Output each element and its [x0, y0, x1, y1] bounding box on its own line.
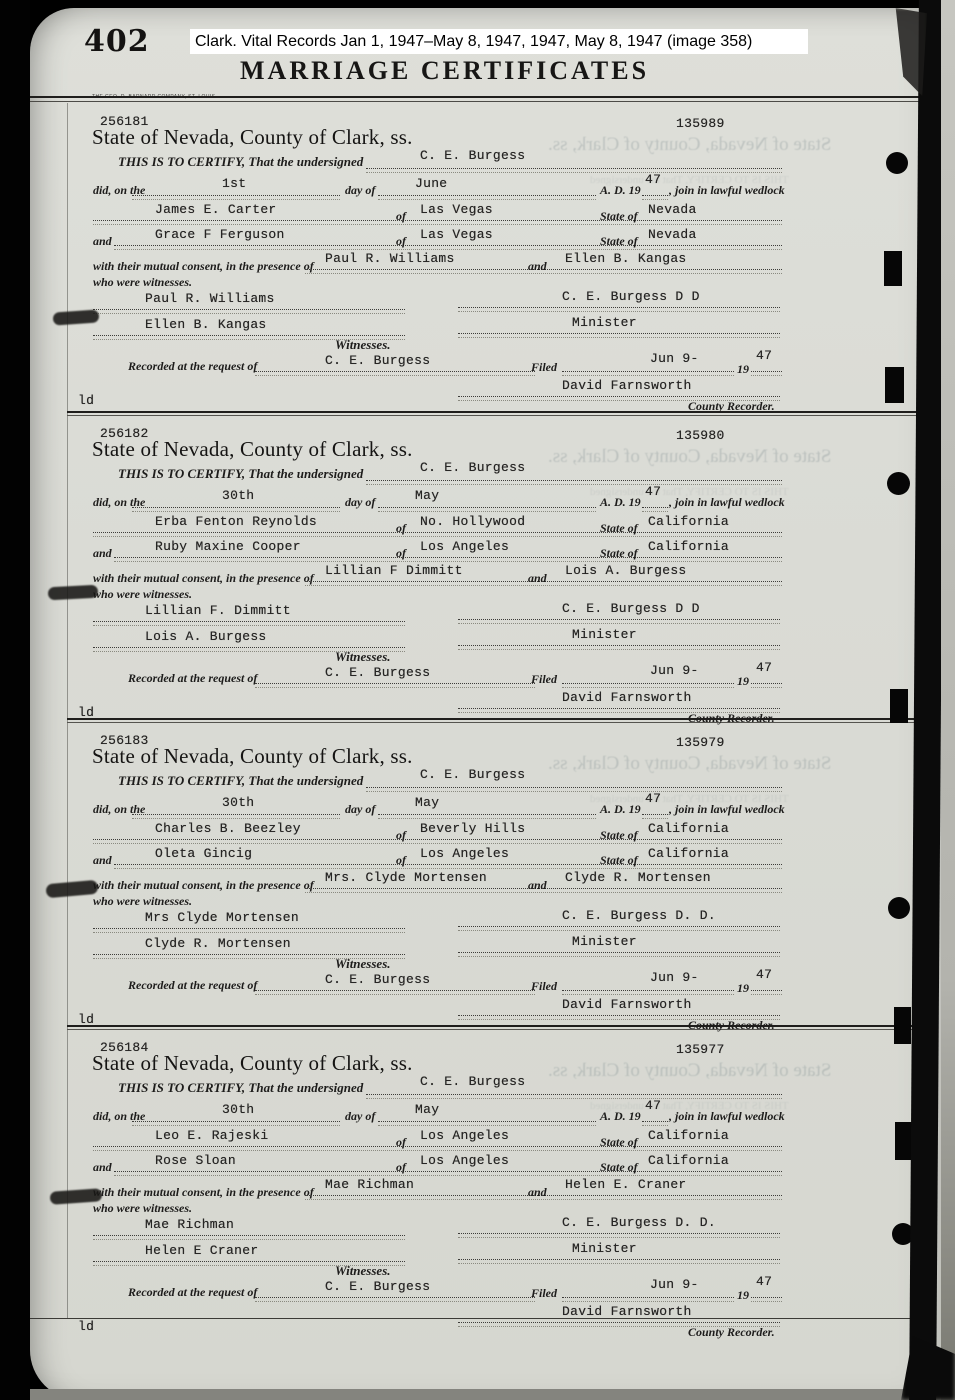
filed-year: 47 — [756, 348, 772, 363]
form-line — [93, 309, 405, 314]
of-label: of — [396, 853, 406, 868]
bride-city: Los Angeles — [420, 846, 509, 861]
groom-city: Beverly Hills — [420, 821, 525, 836]
county-recorder-name: David Farnsworth — [562, 997, 692, 1012]
who-were-witnesses-label: who were witnesses. — [93, 587, 192, 602]
groom-name: Charles B. Beezley — [155, 821, 301, 836]
wedlock-label: , join in lawful wedlock — [669, 1109, 785, 1124]
form-line — [751, 990, 782, 995]
day-of-label: day of — [345, 802, 375, 817]
filed-label: Filed — [531, 979, 557, 994]
form-line — [366, 1094, 782, 1099]
witness2-inline: Clyde R. Mortensen — [565, 870, 711, 885]
form-line — [562, 1297, 734, 1302]
state-of-label: State of — [600, 209, 638, 224]
clerk-initials: ld — [78, 1012, 94, 1027]
form-line — [93, 839, 782, 844]
wedding-day: 1st — [222, 176, 246, 191]
wedding-day: 30th — [222, 488, 254, 503]
form-line — [366, 168, 782, 173]
of-label: of — [396, 1135, 406, 1150]
wedding-month: May — [415, 488, 439, 503]
ghost-bleedthrough-heading: State of Nevada, County of Clark, ss. — [548, 1060, 831, 1082]
form-line — [93, 1146, 782, 1151]
county-recorder-name: David Farnsworth — [562, 690, 692, 705]
state-of-label: State of — [600, 234, 638, 249]
certify-label: THIS IS TO CERTIFY, That the undersigned — [118, 1080, 363, 1096]
witness1-signature: Mrs Clyde Mortensen — [145, 910, 299, 925]
who-were-witnesses-label: who were witnesses. — [93, 1201, 192, 1216]
and-label: and — [528, 878, 547, 893]
ad19-label: A. D. 19 — [600, 183, 641, 198]
punch-hole-round — [888, 897, 910, 919]
witness1-signature: Paul R. Williams — [145, 291, 275, 306]
witnesses-label: Witnesses. — [335, 956, 391, 972]
witness1-inline: Paul R. Williams — [325, 251, 455, 266]
and-label: and — [528, 571, 547, 586]
and-label: and — [93, 234, 112, 249]
groom-city: Las Vegas — [420, 202, 493, 217]
form-line — [93, 220, 782, 225]
recorded-label: Recorded at the request of — [128, 359, 257, 374]
and-label: and — [93, 546, 112, 561]
punch-hole-rect — [895, 1122, 912, 1160]
bride-city: Las Vegas — [420, 227, 493, 242]
ghost-bleedthrough-heading: State of Nevada, County of Clark, ss. — [548, 446, 831, 468]
form-line — [255, 371, 535, 376]
witness1-inline: Mrs. Clyde Mortensen — [325, 870, 487, 885]
form-line — [114, 1171, 782, 1176]
filed-year: 47 — [756, 660, 772, 675]
bride-name: Rose Sloan — [155, 1153, 236, 1168]
certificate-heading: State of Nevada, County of Clark, ss. — [92, 744, 413, 769]
witness2-signature: Lois A. Burgess — [145, 629, 267, 644]
witnesses-label: Witnesses. — [335, 649, 391, 665]
punch-hole-round — [886, 152, 908, 174]
form-line — [114, 557, 782, 562]
officiant-signature: C. E. Burgess D D — [562, 289, 700, 304]
requested-by: C. E. Burgess — [325, 1279, 430, 1294]
bride-city: Los Angeles — [420, 1153, 509, 1168]
form-line — [458, 619, 780, 624]
bride-state: Nevada — [648, 227, 697, 242]
certificate-heading: State of Nevada, County of Clark, ss. — [92, 437, 413, 462]
groom-state: California — [648, 514, 729, 529]
groom-city: Los Angeles — [420, 1128, 509, 1143]
wedding-month: June — [415, 176, 447, 191]
form-line — [751, 1297, 782, 1302]
nineteen-label: 19 — [737, 362, 749, 377]
punch-hole-rect — [890, 689, 908, 723]
form-line — [366, 480, 782, 485]
filed-date: Jun 9- — [650, 970, 699, 985]
and-label: and — [528, 1185, 547, 1200]
marriage-certificate-block: State of Nevada, County of Clark, ss. TH… — [0, 424, 955, 731]
form-line — [132, 1121, 340, 1126]
undersigned-name: C. E. Burgess — [420, 1074, 525, 1089]
form-line — [458, 307, 780, 312]
microfilm-scan: 402 Clark. Vital Records Jan 1, 1947–May… — [0, 0, 955, 1400]
file-number: 135977 — [676, 1042, 725, 1057]
certify-label: THIS IS TO CERTIFY, That the undersigned — [118, 466, 363, 482]
witness1-inline: Mae Richman — [325, 1177, 414, 1192]
county-recorder-name: David Farnsworth — [562, 1304, 692, 1319]
witnesses-label: Witnesses. — [335, 1263, 391, 1279]
day-of-label: day of — [345, 495, 375, 510]
bride-state: California — [648, 539, 729, 554]
witnesses-label: Witnesses. — [335, 337, 391, 353]
adjacent-frame-edge — [941, 0, 955, 1400]
form-line — [562, 990, 734, 995]
wedlock-label: , join in lawful wedlock — [669, 495, 785, 510]
certify-label: THIS IS TO CERTIFY, That the undersigned — [118, 154, 363, 170]
bride-name: Grace F Ferguson — [155, 227, 285, 242]
wedding-month: May — [415, 1102, 439, 1117]
form-line — [93, 1235, 405, 1240]
clerk-initials: ld — [78, 705, 94, 720]
witness2-signature: Ellen B. Kangas — [145, 317, 267, 332]
film-frame-bottom — [30, 1389, 955, 1400]
nineteen-label: 19 — [737, 1288, 749, 1303]
film-edge-left — [0, 0, 30, 1400]
who-were-witnesses-label: who were witnesses. — [93, 894, 192, 909]
form-line — [378, 814, 596, 819]
witness1-signature: Mae Richman — [145, 1217, 234, 1232]
bride-city: Los Angeles — [420, 539, 509, 554]
form-line — [642, 507, 668, 512]
clerk-initials: ld — [78, 1319, 94, 1334]
punch-hole-rect — [894, 1007, 911, 1044]
page-number: 402 — [84, 24, 150, 59]
officiant-title: Minister — [572, 934, 637, 949]
wedding-year: 47 — [645, 172, 661, 187]
witness2-inline: Ellen B. Kangas — [565, 251, 687, 266]
state-of-label: State of — [600, 1135, 638, 1150]
officiant-title: Minister — [572, 627, 637, 642]
officiant-signature: C. E. Burgess D D — [562, 601, 700, 616]
officiant-title: Minister — [572, 315, 637, 330]
state-of-label: State of — [600, 1160, 638, 1175]
witness1-inline: Lillian F Dimmitt — [325, 563, 463, 578]
county-recorder-name: David Farnsworth — [562, 378, 692, 393]
county-recorder-label: County Recorder. — [688, 1018, 775, 1033]
form-line — [132, 814, 340, 819]
and-label: and — [93, 1160, 112, 1175]
groom-state: California — [648, 821, 729, 836]
marriage-certificate-block: State of Nevada, County of Clark, ss. TH… — [0, 731, 955, 1038]
witness2-signature: Helen E Craner — [145, 1243, 258, 1258]
filed-label: Filed — [531, 672, 557, 687]
filed-label: Filed — [531, 1286, 557, 1301]
filed-date: Jun 9- — [650, 351, 699, 366]
groom-name: Leo E. Rajeski — [155, 1128, 268, 1143]
groom-state: Nevada — [648, 202, 697, 217]
requested-by: C. E. Burgess — [325, 972, 430, 987]
form-line — [642, 814, 668, 819]
wedlock-label: , join in lawful wedlock — [669, 183, 785, 198]
who-were-witnesses-label: who were witnesses. — [93, 275, 192, 290]
marriage-certificate-block: State of Nevada, County of Clark, ss. TH… — [0, 1038, 955, 1345]
recorded-label: Recorded at the request of — [128, 671, 257, 686]
day-of-label: day of — [345, 1109, 375, 1124]
top-rule — [30, 96, 955, 98]
form-line — [751, 371, 782, 376]
marriage-certificate-block: State of Nevada, County of Clark, ss. TH… — [0, 112, 955, 419]
of-label: of — [396, 1160, 406, 1175]
county-recorder-label: County Recorder. — [688, 1325, 775, 1340]
wedlock-label: , join in lawful wedlock — [669, 802, 785, 817]
form-line — [114, 245, 782, 250]
and-label: and — [528, 259, 547, 274]
undersigned-name: C. E. Burgess — [420, 148, 525, 163]
recorded-label: Recorded at the request of — [128, 1285, 257, 1300]
ad19-label: A. D. 19 — [600, 1109, 641, 1124]
presence-label: with their mutual consent, in the presen… — [93, 259, 314, 274]
form-line — [458, 333, 780, 338]
witness1-signature: Lillian F. Dimmitt — [145, 603, 291, 618]
ghost-bleedthrough-heading: State of Nevada, County of Clark, ss. — [548, 134, 831, 156]
file-number: 135979 — [676, 735, 725, 750]
form-line — [366, 787, 782, 792]
presence-label: with their mutual consent, in the presen… — [93, 878, 314, 893]
form-line — [93, 532, 782, 537]
of-label: of — [396, 546, 406, 561]
form-line — [642, 1121, 668, 1126]
form-line — [93, 621, 405, 626]
clerk-initials: ld — [78, 393, 94, 408]
form-line — [132, 195, 340, 200]
presence-label: with their mutual consent, in the presen… — [93, 1185, 314, 1200]
form-line — [751, 683, 782, 688]
and-label: and — [93, 853, 112, 868]
form-line — [458, 645, 780, 650]
form-line — [562, 683, 734, 688]
file-number: 135989 — [676, 116, 725, 131]
groom-state: California — [648, 1128, 729, 1143]
ad19-label: A. D. 19 — [600, 802, 641, 817]
filed-label: Filed — [531, 360, 557, 375]
groom-city: No. Hollywood — [420, 514, 525, 529]
requested-by: C. E. Burgess — [325, 665, 430, 680]
form-line — [93, 928, 405, 933]
of-label: of — [396, 234, 406, 249]
state-of-label: State of — [600, 828, 638, 843]
form-line — [378, 507, 596, 512]
form-line — [255, 990, 535, 995]
state-of-label: State of — [600, 853, 638, 868]
form-line — [458, 952, 780, 957]
requested-by: C. E. Burgess — [325, 353, 430, 368]
wedding-month: May — [415, 795, 439, 810]
form-line — [255, 1297, 535, 1302]
ink-stamp-mark — [48, 585, 99, 601]
witness2-signature: Clyde R. Mortensen — [145, 936, 291, 951]
ad19-label: A. D. 19 — [600, 495, 641, 510]
day-of-label: day of — [345, 183, 375, 198]
wedding-day: 30th — [222, 1102, 254, 1117]
filed-year: 47 — [756, 967, 772, 982]
presence-label: with their mutual consent, in the presen… — [93, 571, 314, 586]
bride-state: California — [648, 846, 729, 861]
bride-name: Ruby Maxine Cooper — [155, 539, 301, 554]
punch-hole-round — [887, 472, 910, 495]
officiant-signature: C. E. Burgess D. D. — [562, 908, 716, 923]
groom-name: James E. Carter — [155, 202, 277, 217]
top-rule-2 — [30, 101, 955, 102]
county-recorder-label: County Recorder. — [688, 711, 775, 726]
of-label: of — [396, 521, 406, 536]
form-line — [642, 195, 668, 200]
wedding-year: 47 — [645, 791, 661, 806]
certificate-heading: State of Nevada, County of Clark, ss. — [92, 1051, 413, 1076]
officiant-title: Minister — [572, 1241, 637, 1256]
recorded-label: Recorded at the request of — [128, 978, 257, 993]
of-label: of — [396, 209, 406, 224]
form-line — [255, 683, 535, 688]
certificate-heading: State of Nevada, County of Clark, ss. — [92, 125, 413, 150]
form-line — [458, 1233, 780, 1238]
filed-date: Jun 9- — [650, 663, 699, 678]
form-line — [562, 371, 734, 376]
nineteen-label: 19 — [737, 981, 749, 996]
witness2-inline: Lois A. Burgess — [565, 563, 687, 578]
groom-name: Erba Fenton Reynolds — [155, 514, 317, 529]
ghost-bleedthrough-heading: State of Nevada, County of Clark, ss. — [548, 753, 831, 775]
form-line — [114, 864, 782, 869]
bride-state: California — [648, 1153, 729, 1168]
state-of-label: State of — [600, 521, 638, 536]
page-title: MARRIAGE CERTIFICATES — [240, 56, 630, 86]
form-line — [458, 926, 780, 931]
form-line — [378, 195, 596, 200]
county-recorder-label: County Recorder. — [688, 399, 775, 414]
catalog-overlay-bar: Clark. Vital Records Jan 1, 1947–May 8, … — [190, 29, 808, 54]
state-of-label: State of — [600, 546, 638, 561]
undersigned-name: C. E. Burgess — [420, 460, 525, 475]
form-line — [378, 1121, 596, 1126]
filed-year: 47 — [756, 1274, 772, 1289]
file-number: 135980 — [676, 428, 725, 443]
wedding-year: 47 — [645, 484, 661, 499]
nineteen-label: 19 — [737, 674, 749, 689]
wedding-day: 30th — [222, 795, 254, 810]
of-label: of — [396, 828, 406, 843]
certify-label: THIS IS TO CERTIFY, That the undersigned — [118, 773, 363, 789]
form-line — [458, 1259, 780, 1264]
punch-hole-rect — [885, 367, 904, 403]
form-line — [132, 507, 340, 512]
officiant-signature: C. E. Burgess D. D. — [562, 1215, 716, 1230]
filed-date: Jun 9- — [650, 1277, 699, 1292]
undersigned-name: C. E. Burgess — [420, 767, 525, 782]
punch-hole-rect — [884, 251, 902, 286]
witness2-inline: Helen E. Craner — [565, 1177, 687, 1192]
wedding-year: 47 — [645, 1098, 661, 1113]
bride-name: Oleta Gincig — [155, 846, 252, 861]
